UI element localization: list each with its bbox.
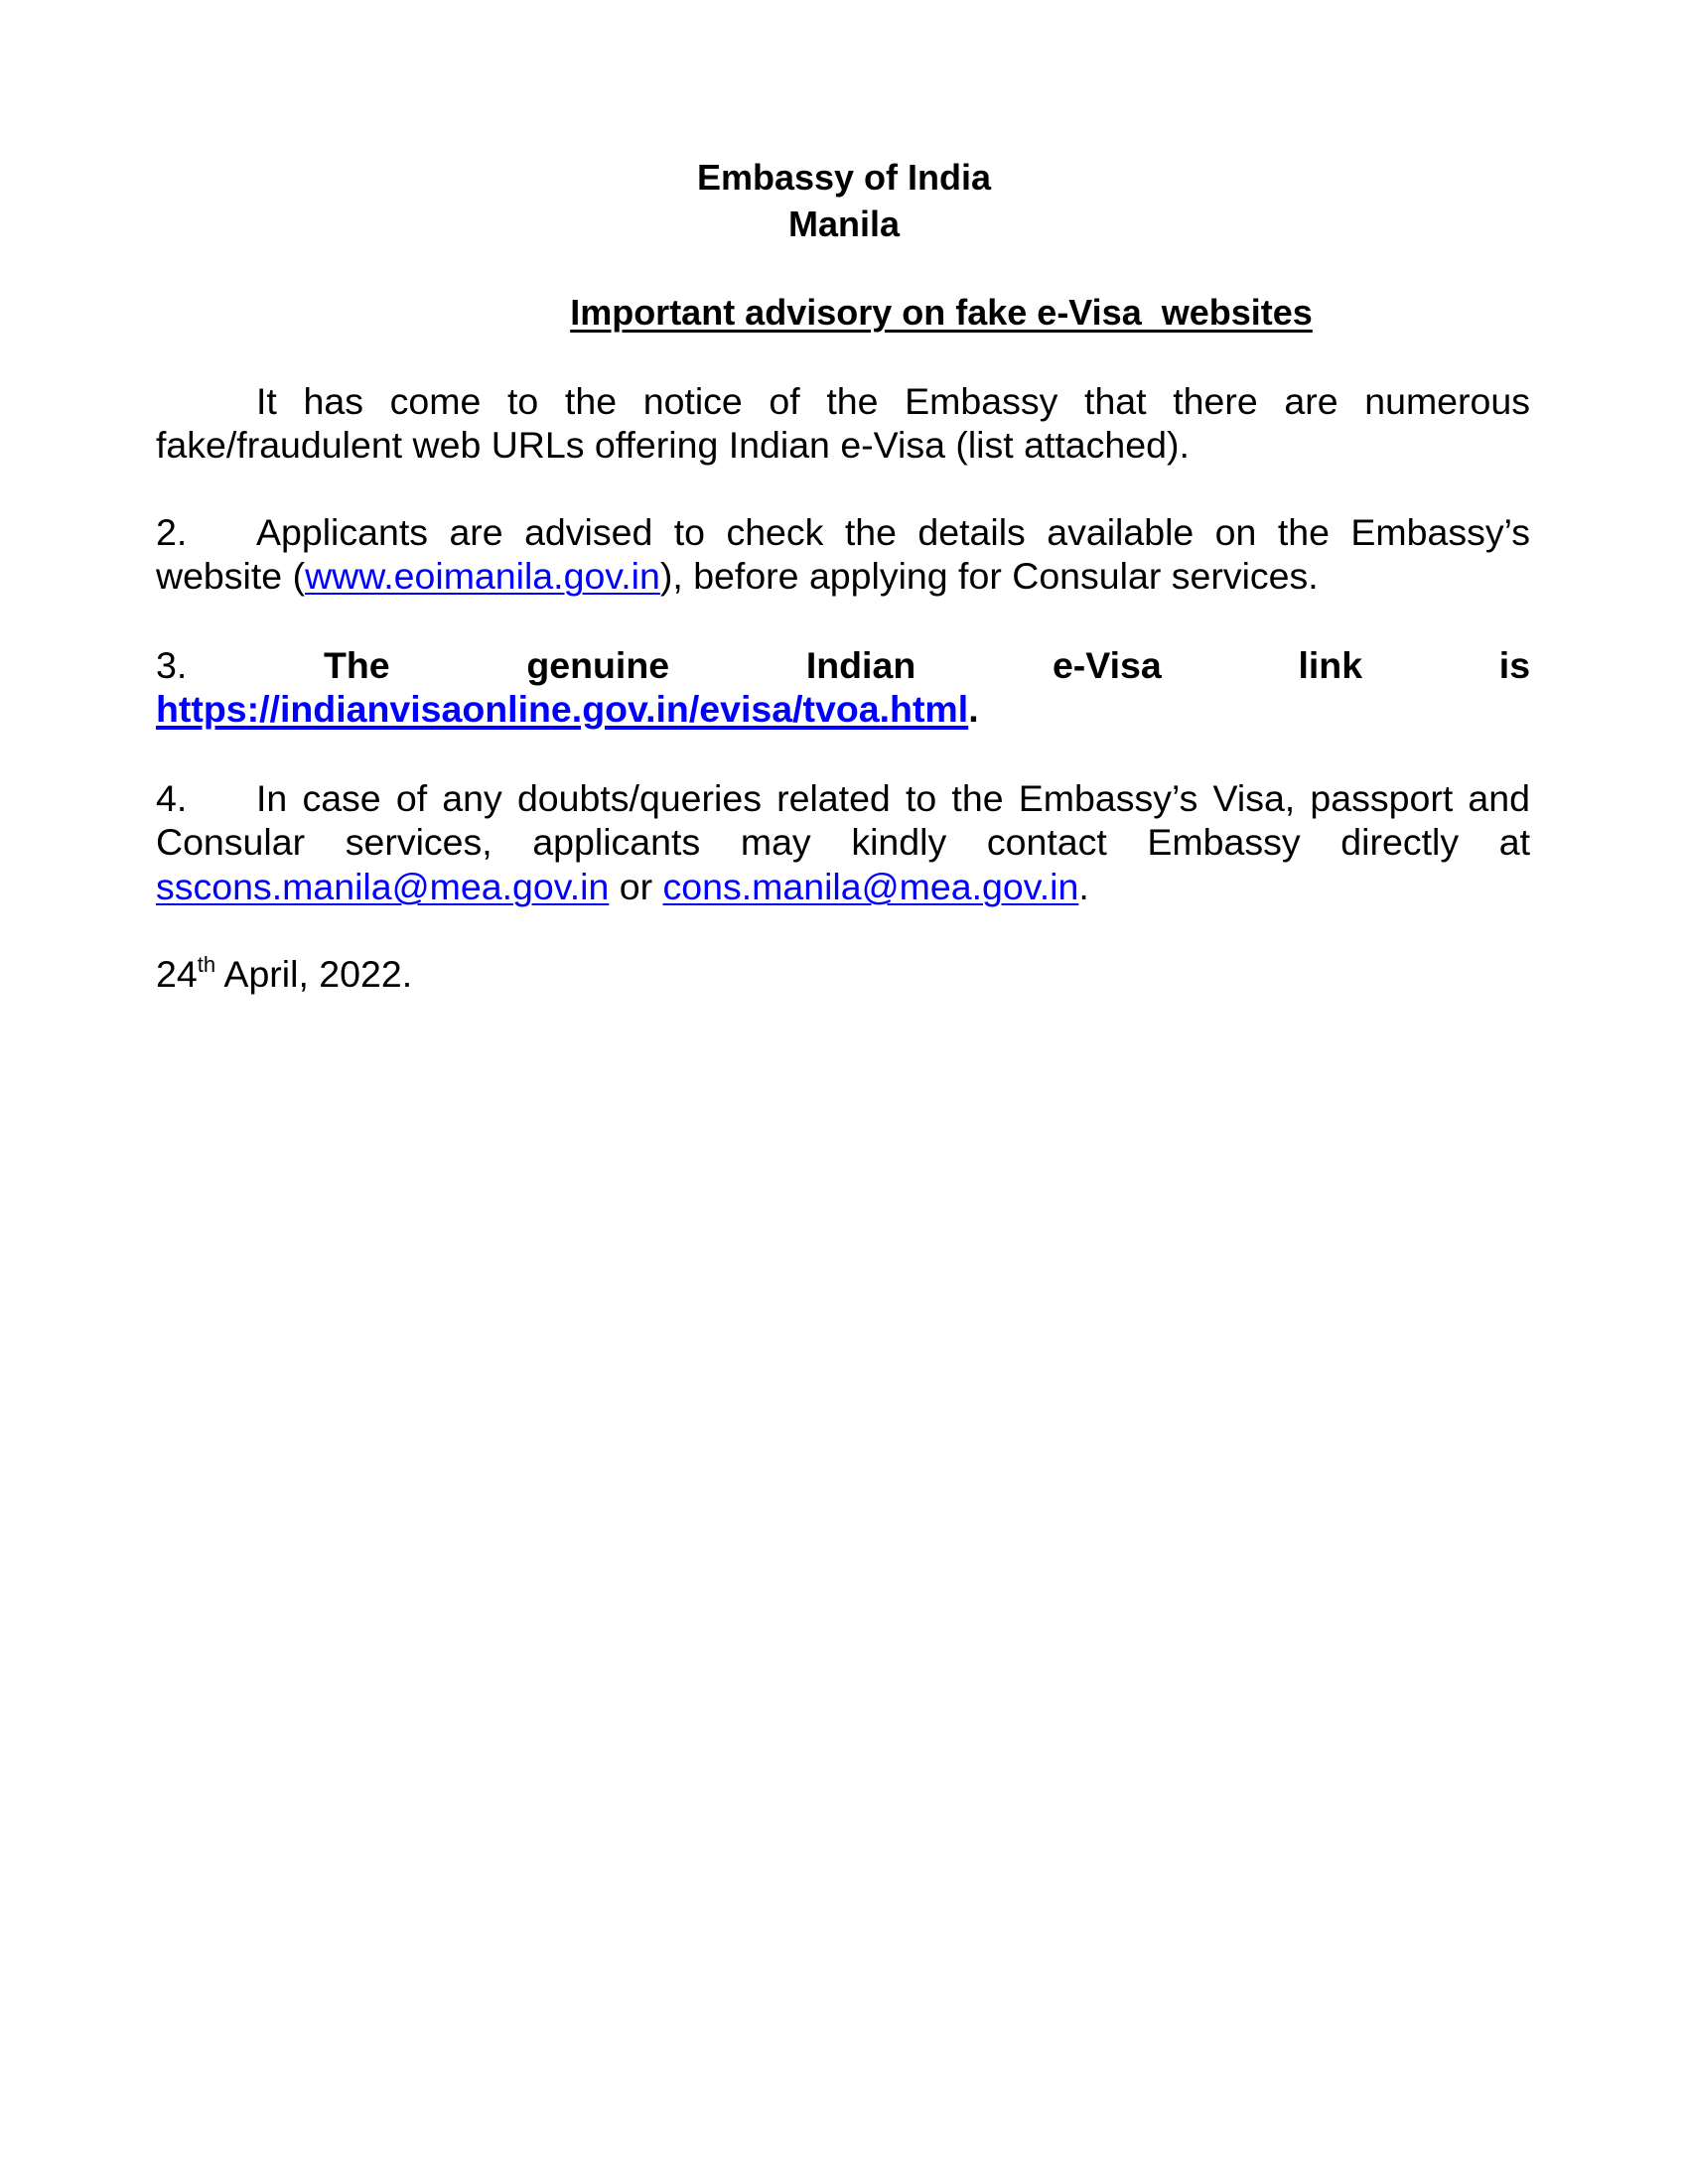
paragraph-3-line-1: 3. The genuine Indian e-Visa link is: [156, 643, 1530, 687]
date-suffix: th: [198, 952, 215, 977]
paragraph-1: It has come to the notice of the Embassy…: [156, 379, 1530, 468]
paragraph-number: 4.: [156, 776, 256, 820]
embassy-name: Embassy of India: [0, 156, 1688, 200]
paragraph-1-text: It has come to the notice of the Embassy…: [156, 380, 1530, 466]
paragraph-2-text-after: ), before applying for Consular services…: [660, 555, 1319, 597]
paragraph-3-period: .: [968, 688, 978, 730]
paragraph-4-text-before: In case of any doubts/queries related to…: [156, 777, 1530, 863]
word: is: [1499, 644, 1530, 686]
paragraph-number: 2.: [156, 510, 256, 554]
word: link: [1298, 644, 1362, 686]
paragraph-number: 3.: [156, 644, 187, 686]
word: The: [324, 644, 390, 686]
word: Indian: [806, 644, 915, 686]
evisa-official-link[interactable]: https://indianvisaonline.gov.in/evisa/tv…: [156, 688, 968, 730]
paragraph-3: 3. The genuine Indian e-Visa link is htt…: [156, 643, 1530, 732]
date-rest: April, 2022.: [215, 953, 412, 995]
embassy-city: Manila: [0, 203, 1688, 246]
paragraph-3-line-2: https://indianvisaonline.gov.in/evisa/tv…: [156, 687, 1530, 731]
email-link-sscons[interactable]: sscons.manila@mea.gov.in: [156, 866, 609, 907]
advisory-title: Important advisory on fake e-Visa websit…: [97, 291, 1688, 335]
advisory-title-text: Important advisory on fake e-Visa websit…: [570, 292, 1313, 333]
word: e-Visa: [1053, 644, 1162, 686]
document-page: Embassy of India Manila Important adviso…: [0, 0, 1688, 2184]
paragraph-2: 2.Applicants are advised to check the de…: [156, 510, 1530, 599]
word: genuine: [526, 644, 669, 686]
date-day: 24: [156, 953, 198, 995]
embassy-website-link[interactable]: www.eoimanila.gov.in: [305, 555, 660, 597]
document-date: 24th April, 2022.: [156, 952, 1530, 996]
email-link-cons[interactable]: cons.manila@mea.gov.in: [663, 866, 1079, 907]
paragraph-4: 4.In case of any doubts/queries related …: [156, 776, 1530, 908]
paragraph-4-text-mid: or: [609, 866, 662, 907]
paragraph-4-text-after: .: [1078, 866, 1088, 907]
